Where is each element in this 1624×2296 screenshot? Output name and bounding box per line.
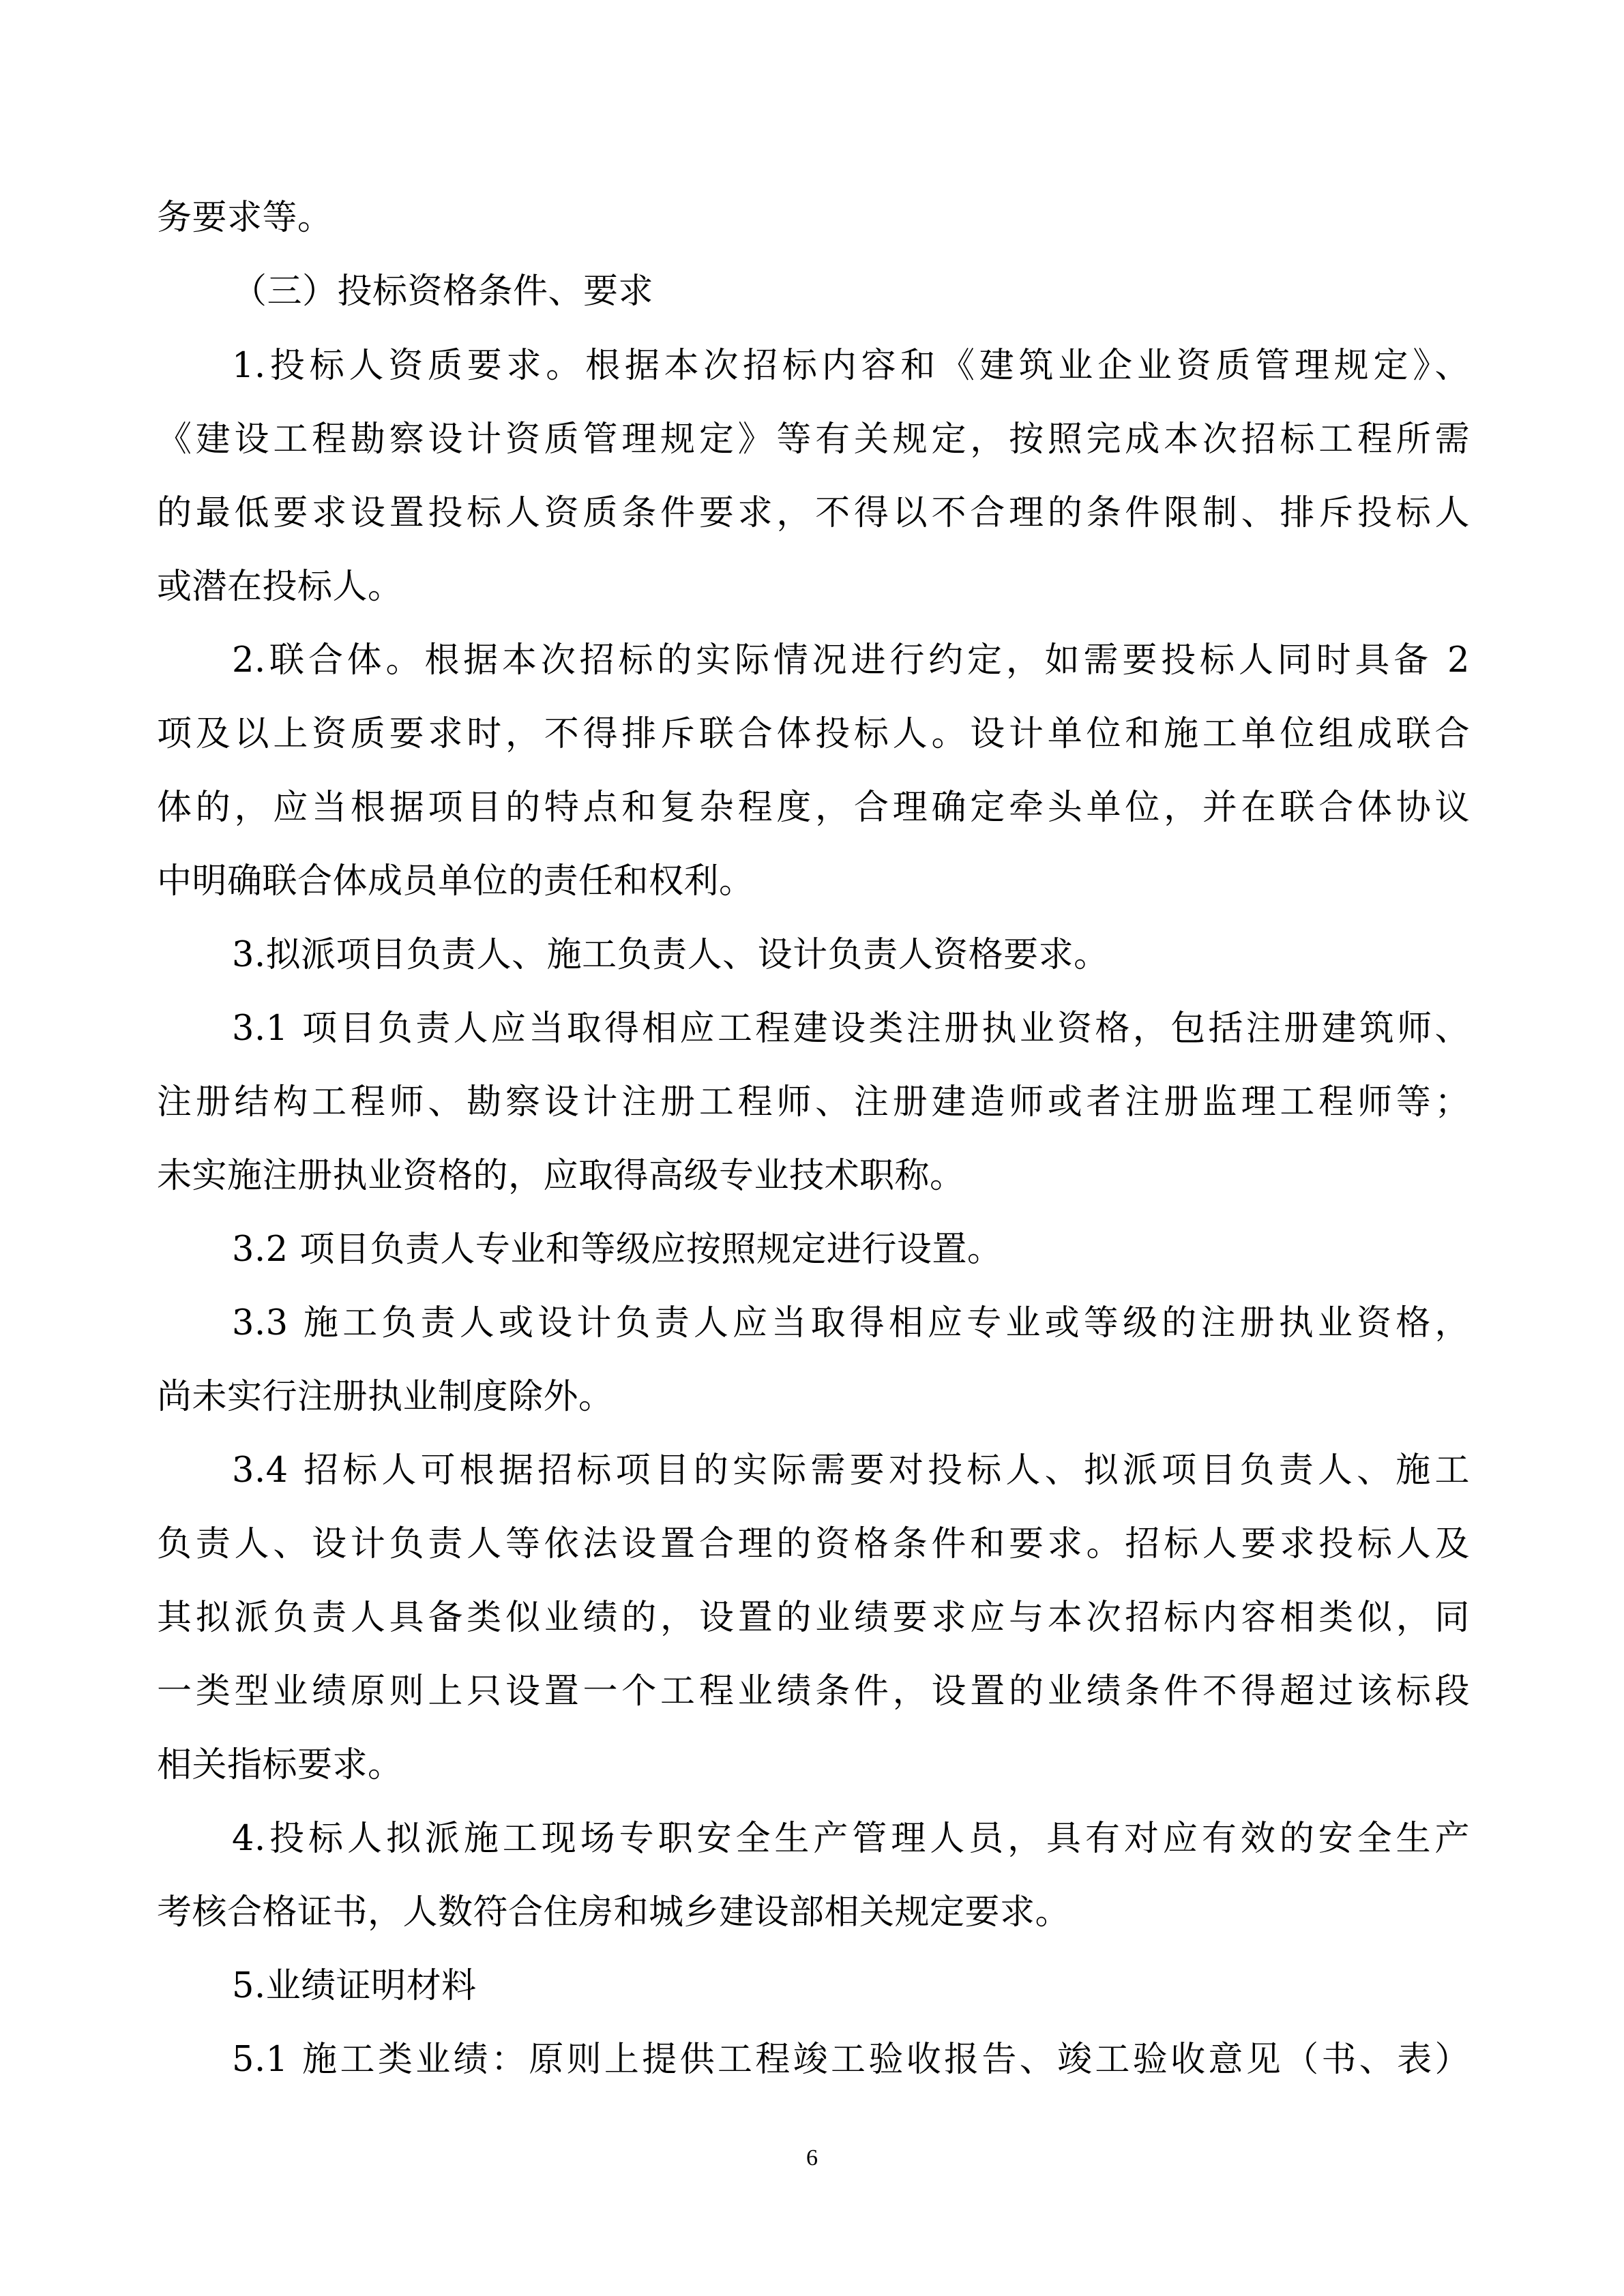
item-3-1-line-3: 未实施注册执业资格的，应取得高级专业技术职称。 (157, 1149, 1470, 1204)
item-3-4-line-4: 一类型业绩原则上只设置一个工程业绩条件，设置的业绩条件不得超过该标段 (157, 1665, 1470, 1719)
item-3-3-line-2: 尚未实行注册执业制度除外。 (157, 1370, 1470, 1425)
item-3-2-line-1: 3.2 项目负责人专业和等级应按照规定进行设置。 (232, 1223, 1470, 1277)
item-1-line-4: 或潜在投标人。 (157, 560, 1470, 614)
item-3-4-line-5: 相关指标要求。 (157, 1738, 1470, 1793)
item-2-line-3: 体的，应当根据项目的特点和复杂程度，合理确定牵头单位，并在联合体协议 (157, 781, 1470, 835)
item-2-line-4: 中明确联合体成员单位的责任和权利。 (157, 854, 1470, 909)
document-page: 务要求等。 （三）投标资格条件、要求 1.投标人资质要求。根据本次招标内容和《建… (0, 0, 1624, 2296)
item-3-4-line-1: 3.4 招标人可根据招标项目的实际需要对投标人、拟派项目负责人、施工 (232, 1444, 1470, 1498)
item-2-line-1: 2.联合体。根据本次招标的实际情况进行约定，如需要投标人同时具备 2 (232, 633, 1470, 688)
item-3-4-line-3: 其拟派负责人具备类似业绩的，设置的业绩要求应与本次招标内容相类似，同 (157, 1591, 1470, 1645)
item-3-1-line-2: 注册结构工程师、勘察设计注册工程师、注册建造师或者注册监理工程师等； (157, 1075, 1470, 1130)
paragraph-continuation-line: 务要求等。 (157, 191, 1470, 245)
item-3-3-line-1: 3.3 施工负责人或设计负责人应当取得相应专业或等级的注册执业资格， (232, 1296, 1470, 1351)
item-5-heading: 5.业绩证明材料 (232, 1959, 1470, 2014)
item-5-1-line-1: 5.1 施工类业绩：原则上提供工程竣工验收报告、竣工验收意见（书、表） (232, 2033, 1470, 2087)
item-1-line-3: 的最低要求设置投标人资质条件要求，不得以不合理的条件限制、排斥投标人 (157, 486, 1470, 541)
item-4-line-1: 4.投标人拟派施工现场专职安全生产管理人员，具有对应有效的安全生产 (232, 1812, 1470, 1866)
item-4-line-2: 考核合格证书，人数符合住房和城乡建设部相关规定要求。 (157, 1885, 1470, 1940)
item-2-line-2: 项及以上资质要求时，不得排斥联合体投标人。设计单位和施工单位组成联合 (157, 707, 1470, 762)
item-3-1-line-1: 3.1 项目负责人应当取得相应工程建设类注册执业资格，包括注册建筑师、 (232, 1002, 1470, 1056)
page-number: 6 (0, 2141, 1624, 2175)
item-1-line-1: 1.投标人资质要求。根据本次招标内容和《建筑业企业资质管理规定》、 (232, 339, 1470, 393)
section-heading: （三）投标资格条件、要求 (232, 265, 1545, 319)
item-3-4-line-2: 负责人、设计负责人等依法设置合理的资格条件和要求。招标人要求投标人及 (157, 1517, 1470, 1572)
item-1-line-2: 《建设工程勘察设计资质管理规定》等有关规定，按照完成本次招标工程所需 (157, 413, 1470, 467)
item-3-heading: 3.拟派项目负责人、施工负责人、设计负责人资格要求。 (232, 928, 1470, 983)
